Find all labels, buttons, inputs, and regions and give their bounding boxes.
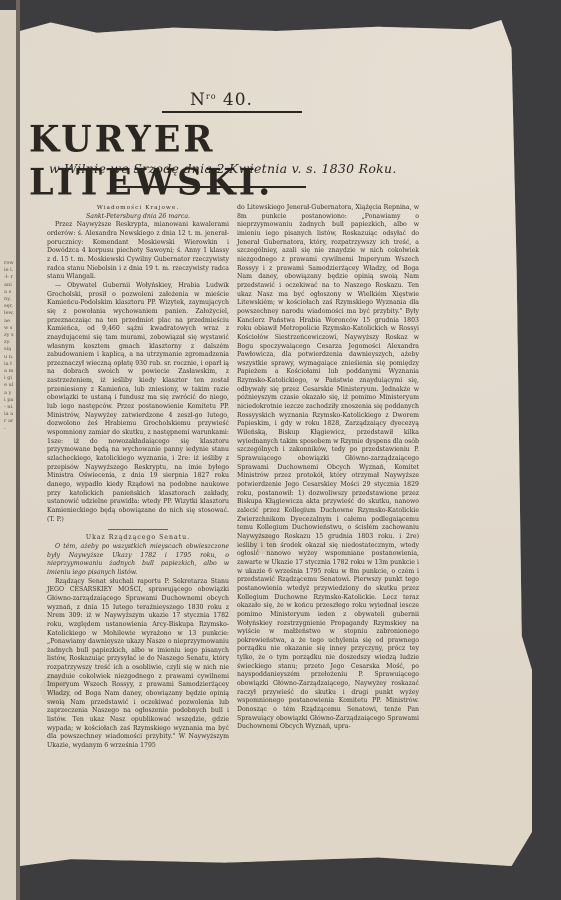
previous-page-text: rowie l.-l- rania sny, sęr, lew, aew szy… <box>4 260 14 433</box>
ukaz-heading: Ukaz Rządzącego Senatu. <box>47 534 229 543</box>
article-separator <box>108 529 168 530</box>
previous-page-edge: rowie l.-l- rania sny, sęr, lew, aew szy… <box>0 10 17 900</box>
article-paragraph: Przez Naywyższe Reskrypta, mianowani kaw… <box>47 221 229 282</box>
left-column: Wiadomości Krajowe. Sankt-Petersburg dni… <box>47 204 229 751</box>
binding-gutter <box>16 0 20 900</box>
article-paragraph: do Litewskiego Jenerał-Gubernatora, Xiąż… <box>237 204 419 732</box>
issue-number: Nro 40. <box>190 90 253 110</box>
right-column: do Litewskiego Jenerał-Gubernatora, Xiąż… <box>237 204 419 732</box>
dateline: w Wilnie we Srzodę dnia 2 Kwietnia v. s.… <box>49 161 397 176</box>
article-paragraph: Rządzący Senat słuchali raportu P. Sekre… <box>47 578 229 751</box>
place-date: Sankt-Petersburg dnia 26 marca. <box>47 213 229 222</box>
section-heading: Wiadomości Krajowe. <box>47 204 229 213</box>
masthead-rule-bottom <box>112 186 306 188</box>
masthead-rule-top <box>162 111 302 113</box>
article-paragraph: — Obywatel Gubernii Wołyńskiey, Hrabia L… <box>47 282 229 524</box>
newspaper-page: Nro 40. KURYER LITEWSKI. w Wilnie we Srz… <box>20 14 532 866</box>
ukaz-subtitle: O tém, ażeby po wszystkich mieyscach obw… <box>47 543 229 578</box>
